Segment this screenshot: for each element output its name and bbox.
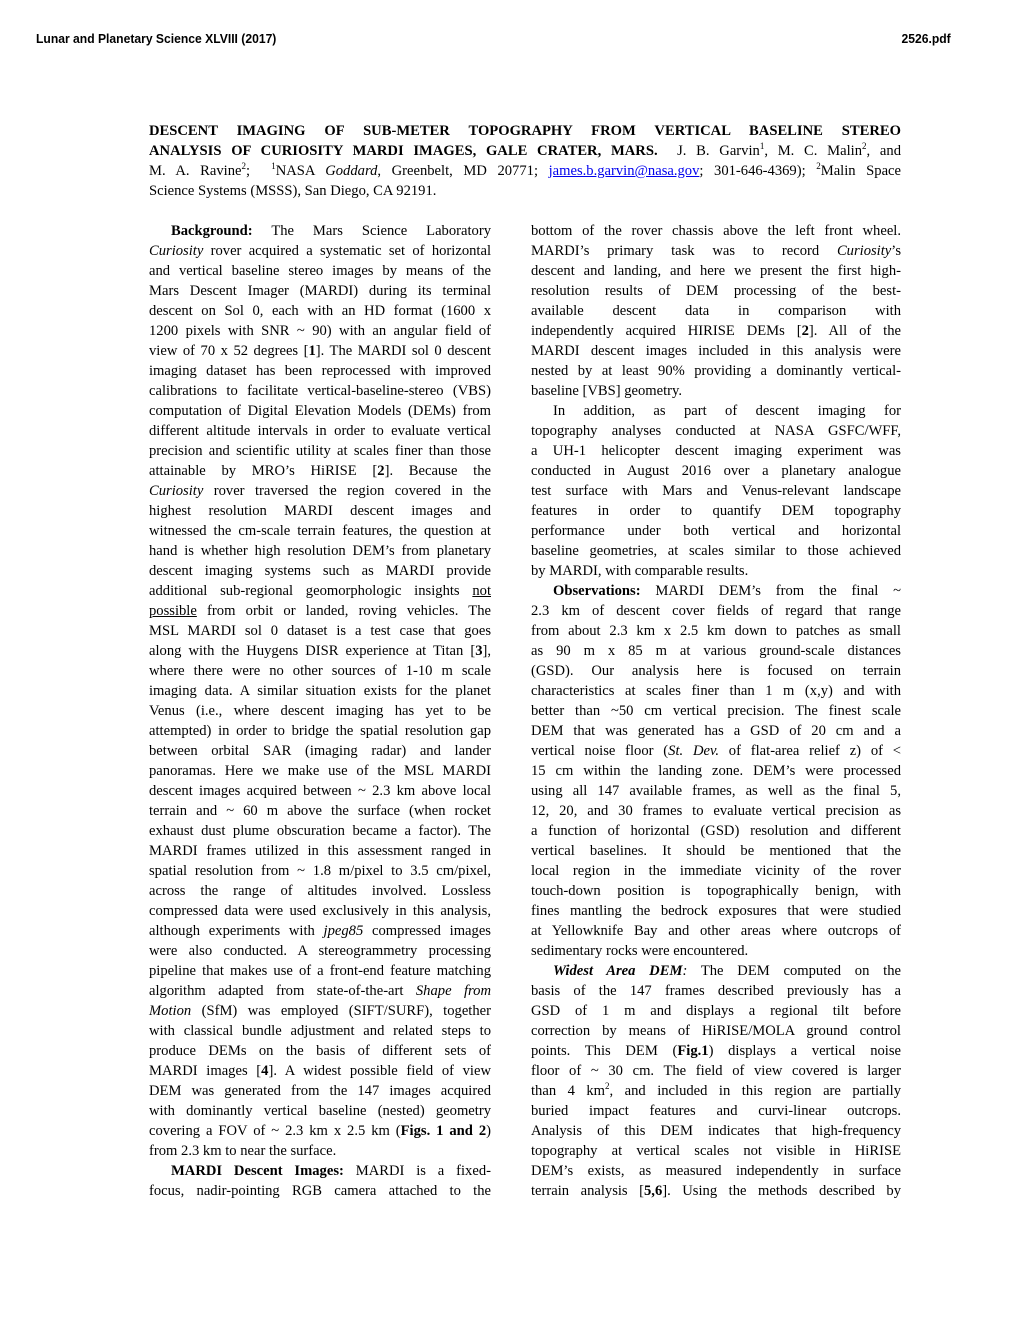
- text-run: Mars Descent Imager (MARDI) during its t…: [149, 283, 491, 299]
- text-run: Figs. 1 and 2: [401, 1123, 486, 1139]
- text-line: possible from orbit or landed, roving ve…: [149, 601, 491, 621]
- author-and: , and: [867, 143, 901, 159]
- text-run: using all 147 available frames, as well …: [531, 783, 901, 799]
- text-run: rover acquired a systematic set of horiz…: [203, 243, 491, 259]
- text-run: although experiments with: [149, 923, 324, 939]
- text-line: MARDI Descent Images: MARDI is a fixed-: [149, 1161, 491, 1181]
- text-line: touch-down position is topographically b…: [531, 881, 901, 901]
- text-run: hand is whether high resolution DEM’s fr…: [149, 543, 491, 559]
- text-run: from about 2.3 km x 2.5 km down to patch…: [531, 623, 901, 639]
- text-run: local region in the immediate vicinity o…: [531, 863, 901, 879]
- text-run: rover traversed the region covered in th…: [203, 483, 491, 499]
- text-run: In addition, as part of descent imaging …: [553, 403, 901, 419]
- text-line: across the range of altitudes involved. …: [149, 881, 491, 901]
- text-run: Analysis of this DEM indicates that high…: [531, 1123, 901, 1139]
- text-run: test surface with Mars and Venus-relevan…: [531, 483, 901, 499]
- text-line: different altitude intervals in order to…: [149, 421, 491, 441]
- text-line: terrain analysis [5,6]. Using the method…: [531, 1181, 901, 1201]
- text-line: attempted) in order to bridge the spatia…: [149, 721, 491, 741]
- text-run: ]. The MARDI sol 0 descent: [316, 343, 491, 359]
- text-run: 2: [802, 323, 809, 339]
- text-run: 2.3 km of descent cover fields of regard…: [531, 603, 901, 619]
- text-run: MARDI’s primary task was to record: [531, 243, 837, 259]
- text-line: baseline [VBS] geometry.: [531, 381, 901, 401]
- text-run: 1: [308, 343, 315, 359]
- text-line: MARDI’s primary task was to record Curio…: [531, 241, 901, 261]
- text-line: between orbital SAR (imaging radar) and …: [149, 741, 491, 761]
- text-line: as 90 m x 85 m at various ground-scale d…: [531, 641, 901, 661]
- text-run: at Yellowknife Bay and other areas where…: [531, 923, 901, 939]
- text-run: independently acquired HIRISE DEMs [: [531, 323, 802, 339]
- text-line: Curiosity rover traversed the region cov…: [149, 481, 491, 501]
- text-run: DEM was generated from the 147 images ac…: [149, 1083, 491, 1099]
- text-run: from 2.3 km to near the surface.: [149, 1143, 336, 1159]
- text-line: focus, nadir-pointing RGB camera attache…: [149, 1181, 491, 1201]
- affiliation-goddard: Goddard: [325, 163, 377, 179]
- text-line: (GSD). Our analysis here is focused on t…: [531, 661, 901, 681]
- text-run: by MARDI, with comparable results.: [531, 563, 748, 579]
- running-header: Lunar and Planetary Science XLVIII (2017…: [36, 32, 951, 46]
- text-run: terrain analysis [: [531, 1183, 644, 1199]
- text-run: conducted in August 2016 over a planetar…: [531, 463, 901, 479]
- file-id: 2526.pdf: [902, 32, 951, 46]
- text-run: attainable by MRO’s HiRISE [: [149, 463, 377, 479]
- text-line: resolution results of DEM processing of …: [531, 281, 901, 301]
- text-run: Venus (i.e., where descent imaging has y…: [149, 703, 491, 719]
- author-malin: , M. C. Malin: [764, 143, 862, 159]
- text-run: imaging dataset has been reprocessed wit…: [149, 363, 491, 379]
- text-run: vertical baselines. It should be mention…: [531, 843, 901, 859]
- text-line: Analysis of this DEM indicates that high…: [531, 1121, 901, 1141]
- text-run: view of 70 x 52 degrees [: [149, 343, 308, 359]
- text-line: floor of ~ 30 cm. The field of view cove…: [531, 1061, 901, 1081]
- text-line: 15 cm within the landing zone. DEM’s wer…: [531, 761, 901, 781]
- text-run: across the range of altitudes involved. …: [149, 883, 491, 899]
- text-run: resolution results of DEM processing of …: [531, 283, 901, 299]
- text-line: Widest Area DEM: The DEM computed on the: [531, 961, 901, 981]
- text-run: exhaust dust plume obscuration became a …: [149, 823, 491, 839]
- title-line-1: DESCENT IMAGING OF SUB-METER TOPOGRAPHY …: [149, 121, 901, 141]
- text-line: pipeline that makes use of a front-end f…: [149, 961, 491, 981]
- paper-page: Lunar and Planetary Science XLVIII (2017…: [0, 0, 1020, 1320]
- text-line: features in order to quantify DEM topogr…: [531, 501, 901, 521]
- text-run: baseline geometries, at scales similar t…: [531, 543, 901, 559]
- text-line: descent on Sol 0, each with an HD format…: [149, 301, 491, 321]
- text-line: terrain and ~ 60 m above the surface (wh…: [149, 801, 491, 821]
- text-line: Motion (SfM) was employed (SIFT/SURF), t…: [149, 1001, 491, 1021]
- text-line: 12, 20, and 30 frames to evaluate vertic…: [531, 801, 901, 821]
- title-line-2: ANALYSIS OF CURIOSITY MARDI IMAGES, GALE…: [149, 141, 901, 161]
- text-line: with classical bundle adjustment and rel…: [149, 1021, 491, 1041]
- text-run: along with the Huygens DISR experience a…: [149, 643, 475, 659]
- paper-title-part-1: DESCENT IMAGING OF SUB-METER TOPOGRAPHY …: [149, 123, 901, 139]
- right-column: bottom of the rover chassis above the le…: [531, 221, 901, 1201]
- journal-name: Lunar and Planetary Science XLVIII (2017…: [36, 32, 276, 46]
- text-line: and vertical baseline stereo images by m…: [149, 261, 491, 281]
- text-line: witnessed the cm-scale terrain features,…: [149, 521, 491, 541]
- text-run: nested by at least 90% providing a domin…: [531, 363, 901, 379]
- text-run: calibrations to facilitate vertical-base…: [149, 383, 491, 399]
- phone-number: ; 301-646-4369);: [699, 163, 816, 179]
- text-line: vertical baselines. It should be mention…: [531, 841, 901, 861]
- text-run: 5,6: [644, 1183, 662, 1199]
- text-run: panoramas. Here we make use of the MSL M…: [149, 763, 491, 779]
- text-line: although experiments with jpeg85 compres…: [149, 921, 491, 941]
- text-line: 1200 pixels with SNR ~ 90) with an angul…: [149, 321, 491, 341]
- text-run: St. Dev.: [668, 743, 719, 759]
- email-link[interactable]: james.b.garvin@nasa.gov: [549, 163, 700, 179]
- text-run: baseline [VBS] geometry.: [531, 383, 682, 399]
- text-line: conducted in August 2016 over a planetar…: [531, 461, 901, 481]
- text-line: vertical noise floor (St. Dev. of flat-a…: [531, 741, 901, 761]
- text-run: different altitude intervals in order to…: [149, 423, 491, 439]
- author-garvin: J. B. Garvin: [677, 143, 760, 159]
- text-line: calibrations to facilitate vertical-base…: [149, 381, 491, 401]
- text-run: (SfM) was employed (SIFT/SURF), together: [191, 1003, 491, 1019]
- text-run: available descent data in comparison wit…: [531, 303, 901, 319]
- text-line: using all 147 available frames, as well …: [531, 781, 901, 801]
- affiliation-msss: Science Systems (MSSS), San Diego, CA 92…: [149, 183, 436, 199]
- title-block: DESCENT IMAGING OF SUB-METER TOPOGRAPHY …: [149, 121, 901, 201]
- text-run: Shape from: [416, 983, 491, 999]
- text-run: ’s: [891, 243, 901, 259]
- text-line: sedimentary rocks were encountered.: [531, 941, 901, 961]
- text-run: compressed data were used exclusively in…: [149, 903, 491, 919]
- text-line: precision and scientific utility at scal…: [149, 441, 491, 461]
- text-line: computation of Digital Elevation Models …: [149, 401, 491, 421]
- author-ravine: M. A. Ravine: [149, 163, 242, 179]
- text-line: bottom of the rover chassis above the le…: [531, 221, 901, 241]
- text-run: GSD of 1 m and displays a regional tilt …: [531, 1003, 901, 1019]
- text-line: where there were no other sources of 1-1…: [149, 661, 491, 681]
- text-run: ): [486, 1123, 491, 1139]
- text-run: descent images acquired between ~ 2.3 km…: [149, 783, 491, 799]
- text-line: panoramas. Here we make use of the MSL M…: [149, 761, 491, 781]
- text-line: descent images acquired between ~ 2.3 km…: [149, 781, 491, 801]
- text-line: hand is whether high resolution DEM’s fr…: [149, 541, 491, 561]
- text-run: precision and scientific utility at scal…: [149, 443, 491, 459]
- text-line: by MARDI, with comparable results.: [531, 561, 901, 581]
- text-run: points. This DEM (: [531, 1043, 677, 1059]
- text-line: performance under both vertical and hori…: [531, 521, 901, 541]
- text-run: than 4 km: [531, 1083, 605, 1099]
- text-run: spatial resolution from ~ 1.8 m/pixel to…: [149, 863, 491, 879]
- text-line: compressed data were used exclusively in…: [149, 901, 491, 921]
- text-run: vertical noise floor (: [531, 743, 668, 759]
- text-run: DEM’s exists, as measured independently …: [531, 1163, 901, 1179]
- text-line: MARDI frames utilized in this assessment…: [149, 841, 491, 861]
- title-line-3: M. A. Ravine2; 1NASA Goddard, Greenbelt,…: [149, 161, 901, 181]
- text-run: floor of ~ 30 cm. The field of view cove…: [531, 1063, 901, 1079]
- text-run: were also conducted. A stereogrammetry p…: [149, 943, 491, 959]
- text-line: DEM’s exists, as measured independently …: [531, 1161, 901, 1181]
- title-line-4: Science Systems (MSSS), San Diego, CA 92…: [149, 181, 901, 201]
- text-run: Motion: [149, 1003, 191, 1019]
- text-run: Curiosity: [149, 243, 203, 259]
- text-line: with dominantly vertical baseline (neste…: [149, 1101, 491, 1121]
- text-run: The Mars Science Laboratory: [253, 223, 491, 239]
- text-run: produce DEMs on the basis of different s…: [149, 1043, 491, 1059]
- text-line: algorithm adapted from state-of-the-art …: [149, 981, 491, 1001]
- text-run: descent on Sol 0, each with an HD format…: [149, 303, 491, 319]
- text-run: ]. Because the: [385, 463, 491, 479]
- text-line: In addition, as part of descent imaging …: [531, 401, 901, 421]
- text-line: MSL MARDI sol 0 dataset is a test case t…: [149, 621, 491, 641]
- text-run: (GSD). Our analysis here is focused on t…: [531, 663, 901, 679]
- text-line: from 2.3 km to near the surface.: [149, 1141, 491, 1161]
- text-run: additional sub-regional geomorphologic i…: [149, 583, 472, 599]
- text-run: from orbit or landed, roving vehicles. T…: [197, 603, 491, 619]
- text-run: ]. Using the methods described by: [662, 1183, 901, 1199]
- text-run: focus, nadir-pointing RGB camera attache…: [149, 1183, 491, 1199]
- text-line: imaging data. A similar situation exists…: [149, 681, 491, 701]
- text-run: fines mantling the bedrock exposures tha…: [531, 903, 901, 919]
- text-run: highest resolution MARDI descent images …: [149, 503, 491, 519]
- text-line: imaging dataset has been reprocessed wit…: [149, 361, 491, 381]
- text-run: MARDI DEM’s from the final ~: [641, 583, 901, 599]
- section-heading: Widest Area DEM: [553, 963, 682, 979]
- text-line: spatial resolution from ~ 1.8 m/pixel to…: [149, 861, 491, 881]
- text-run: pipeline that makes use of a front-end f…: [149, 963, 491, 979]
- text-line: basis of the 147 frames described previo…: [531, 981, 901, 1001]
- left-column: Background: The Mars Science LaboratoryC…: [149, 221, 491, 1201]
- text-run: Curiosity: [149, 483, 203, 499]
- text-line: GSD of 1 m and displays a regional tilt …: [531, 1001, 901, 1021]
- text-run: MSL MARDI sol 0 dataset is a test case t…: [149, 623, 491, 639]
- text-line: produce DEMs on the basis of different s…: [149, 1041, 491, 1061]
- text-run: MARDI frames utilized in this assessment…: [149, 843, 491, 859]
- text-line: topography at vertical scales not visibl…: [531, 1141, 901, 1161]
- text-run: touch-down position is topographically b…: [531, 883, 901, 899]
- text-line: test surface with Mars and Venus-relevan…: [531, 481, 901, 501]
- text-line: points. This DEM (Fig.1) displays a vert…: [531, 1041, 901, 1061]
- text-run: ]. A widest possible field of view: [268, 1063, 491, 1079]
- text-run: correction by means of HiRISE/MOLA groun…: [531, 1023, 901, 1039]
- affiliation-address: , Greenbelt, MD 20771;: [377, 163, 548, 179]
- text-run: , and included in this region are partia…: [610, 1083, 901, 1099]
- text-run: ) displays a vertical noise: [709, 1043, 901, 1059]
- text-line: descent imaging systems such as MARDI pr…: [149, 561, 491, 581]
- text-run: between orbital SAR (imaging radar) and …: [149, 743, 491, 759]
- text-line: a UH-1 helicopter descent imaging experi…: [531, 441, 901, 461]
- text-line: available descent data in comparison wit…: [531, 301, 901, 321]
- text-line: buried impact features and curvi-linear …: [531, 1101, 901, 1121]
- text-run: ],: [482, 643, 491, 659]
- text-run: MARDI images [: [149, 1063, 261, 1079]
- text-line: baseline geometries, at scales similar t…: [531, 541, 901, 561]
- text-line: DEM that was generated has a GSD of 20 c…: [531, 721, 901, 741]
- text-run: 15 cm within the landing zone. DEM’s wer…: [531, 763, 901, 779]
- text-line: at Yellowknife Bay and other areas where…: [531, 921, 901, 941]
- text-line: topography analyses conducted at NASA GS…: [531, 421, 901, 441]
- text-run: 1200 pixels with SNR ~ 90) with an angul…: [149, 323, 491, 339]
- text-run: a function of horizontal (GSD) resolutio…: [531, 823, 901, 839]
- text-run: where there were no other sources of 1-1…: [149, 663, 491, 679]
- text-run: descent and landing, and here we present…: [531, 263, 901, 279]
- text-run: The DEM computed on the: [687, 963, 901, 979]
- affil-marker: 2: [242, 161, 247, 171]
- text-run: algorithm adapted from state-of-the-art: [149, 983, 416, 999]
- text-run: 12, 20, and 30 frames to evaluate vertic…: [531, 803, 901, 819]
- text-run: DEM that was generated has a GSD of 20 c…: [531, 723, 901, 739]
- text-run: a UH-1 helicopter descent imaging experi…: [531, 443, 901, 459]
- text-run: buried impact features and curvi-linear …: [531, 1103, 901, 1119]
- text-line: from about 2.3 km x 2.5 km down to patch…: [531, 621, 901, 641]
- text-line: better than ~50 cm vertical precision. T…: [531, 701, 901, 721]
- text-run: with classical bundle adjustment and rel…: [149, 1023, 491, 1039]
- text-line: independently acquired HIRISE DEMs [2]. …: [531, 321, 901, 341]
- text-run: and vertical baseline stereo images by m…: [149, 263, 491, 279]
- text-line: a function of horizontal (GSD) resolutio…: [531, 821, 901, 841]
- text-run: MARDI descent images included in this an…: [531, 343, 901, 359]
- text-line: descent and landing, and here we present…: [531, 261, 901, 281]
- text-run: jpeg85: [324, 923, 364, 939]
- text-run: with dominantly vertical baseline (neste…: [149, 1103, 491, 1119]
- text-run: covering a FOV of ~ 2.3 km x 2.5 km (: [149, 1123, 401, 1139]
- affiliation-nasa: NASA: [276, 163, 326, 179]
- text-line: characteristics at scales finer than 1 m…: [531, 681, 901, 701]
- text-run: witnessed the cm-scale terrain features,…: [149, 523, 491, 539]
- text-line: Venus (i.e., where descent imaging has y…: [149, 701, 491, 721]
- text-run: topography analyses conducted at NASA GS…: [531, 423, 901, 439]
- text-line: additional sub-regional geomorphologic i…: [149, 581, 491, 601]
- text-line: correction by means of HiRISE/MOLA groun…: [531, 1021, 901, 1041]
- affiliation-malin: Malin Space: [821, 163, 901, 179]
- text-run: basis of the 147 frames described previo…: [531, 983, 901, 999]
- section-heading: Background:: [171, 223, 253, 239]
- text-run: MARDI is a fixed-: [344, 1163, 491, 1179]
- text-line: DEM was generated from the 147 images ac…: [149, 1081, 491, 1101]
- text-line: than 4 km2, and included in this region …: [531, 1081, 901, 1101]
- text-run: sedimentary rocks were encountered.: [531, 943, 748, 959]
- section-heading: Observations:: [553, 583, 641, 599]
- text-line: were also conducted. A stereogrammetry p…: [149, 941, 491, 961]
- text-run: features in order to quantify DEM topogr…: [531, 503, 901, 519]
- text-line: covering a FOV of ~ 2.3 km x 2.5 km (Fig…: [149, 1121, 491, 1141]
- text-run: ]. All of the: [809, 323, 901, 339]
- text-run: performance under both vertical and hori…: [531, 523, 901, 539]
- text-run: possible: [149, 603, 197, 619]
- text-line: Background: The Mars Science Laboratory: [149, 221, 491, 241]
- text-run: better than ~50 cm vertical precision. T…: [531, 703, 901, 719]
- text-run: computation of Digital Elevation Models …: [149, 403, 491, 419]
- text-run: terrain and ~ 60 m above the surface (wh…: [149, 803, 491, 819]
- text-run: characteristics at scales finer than 1 m…: [531, 683, 901, 699]
- text-run: compressed images: [363, 923, 491, 939]
- text-run: Curiosity: [837, 243, 891, 259]
- text-line: attainable by MRO’s HiRISE [2]. Because …: [149, 461, 491, 481]
- text-line: MARDI images [4]. A widest possible fiel…: [149, 1061, 491, 1081]
- text-line: exhaust dust plume obscuration became a …: [149, 821, 491, 841]
- text-run: 2: [377, 463, 384, 479]
- text-line: along with the Huygens DISR experience a…: [149, 641, 491, 661]
- text-line: MARDI descent images included in this an…: [531, 341, 901, 361]
- text-run: not: [472, 583, 491, 599]
- text-line: highest resolution MARDI descent images …: [149, 501, 491, 521]
- paper-title-part-2: ANALYSIS OF CURIOSITY MARDI IMAGES, GALE…: [149, 143, 658, 159]
- text-run: as 90 m x 85 m at various ground-scale d…: [531, 643, 901, 659]
- text-run: bottom of the rover chassis above the le…: [531, 223, 901, 239]
- text-line: Mars Descent Imager (MARDI) during its t…: [149, 281, 491, 301]
- text-line: Observations: MARDI DEM’s from the final…: [531, 581, 901, 601]
- text-run: of flat-area relief z) of <: [719, 743, 901, 759]
- text-run: descent imaging systems such as MARDI pr…: [149, 563, 491, 579]
- text-line: Curiosity rover acquired a systematic se…: [149, 241, 491, 261]
- text-run: topography at vertical scales not visibl…: [531, 1143, 901, 1159]
- text-line: 2.3 km of descent cover fields of regard…: [531, 601, 901, 621]
- text-run: imaging data. A similar situation exists…: [149, 683, 491, 699]
- section-heading: MARDI Descent Images:: [171, 1163, 344, 1179]
- text-run: attempted) in order to bridge the spatia…: [149, 723, 491, 739]
- text-line: local region in the immediate vicinity o…: [531, 861, 901, 881]
- text-line: fines mantling the bedrock exposures tha…: [531, 901, 901, 921]
- text-run: Fig.1: [677, 1043, 708, 1059]
- text-line: view of 70 x 52 degrees [1]. The MARDI s…: [149, 341, 491, 361]
- text-line: nested by at least 90% providing a domin…: [531, 361, 901, 381]
